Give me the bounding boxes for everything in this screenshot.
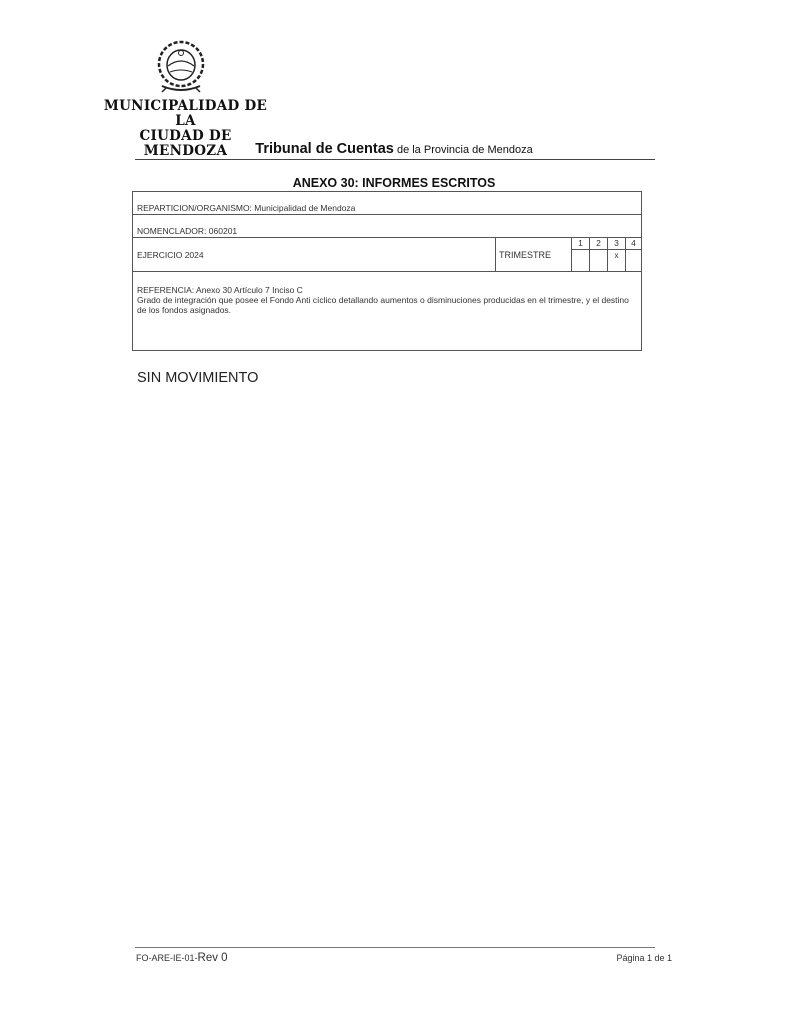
referencia-description: Grado de integración que posee el Fondo … xyxy=(137,295,637,315)
form-code-prefix: FO-ARE-IE-01- xyxy=(136,953,198,963)
page-number: Página 1 de 1 xyxy=(560,953,672,963)
nomenclador-row: NOMENCLADOR: 060201 xyxy=(133,215,641,238)
quarter-number: 4 xyxy=(626,238,641,250)
referencia-title: REFERENCIA: Anexo 30 Artículo 7 Inciso C xyxy=(137,285,637,295)
quarter-number: 1 xyxy=(572,238,589,250)
referencia-block: REFERENCIA: Anexo 30 Artículo 7 Inciso C… xyxy=(137,285,637,315)
tribunal-title: Tribunal de Cuentas xyxy=(255,141,394,157)
form-table: REPARTICION/ORGANISMO: Municipalidad de … xyxy=(132,191,642,351)
reparticion-field: REPARTICION/ORGANISMO: Municipalidad de … xyxy=(137,203,355,213)
quarter-number: 2 xyxy=(590,238,607,250)
footer-divider xyxy=(135,947,655,948)
quarter-mark: x xyxy=(608,251,625,260)
status-text: SIN MOVIMIENTO xyxy=(137,370,258,386)
trimestre-label: TRIMESTRE xyxy=(499,250,551,260)
annex-title: ANEXO 30: INFORMES ESCRITOS xyxy=(133,176,655,190)
quarter-number: 3 xyxy=(608,238,625,250)
nomenclador-field: NOMENCLADOR: 060201 xyxy=(137,226,237,236)
tribunal-subtitle: de la Provincia de Mendoza xyxy=(394,144,533,156)
municipality-line1: MUNICIPALIDAD DE LA xyxy=(98,99,273,129)
ejercicio-row: EJERCICIO 2024 TRIMESTRE 1 2 3 x 4 xyxy=(133,238,641,272)
quarter-3-box: 3 x xyxy=(607,238,625,272)
quarter-4-box: 4 xyxy=(625,238,641,272)
document-header: Tribunal de Cuentas de la Provincia de M… xyxy=(133,141,655,157)
ejercicio-field: EJERCICIO 2024 xyxy=(137,250,204,260)
quarter-2-box: 2 xyxy=(589,238,607,272)
coat-of-arms-icon xyxy=(150,36,212,98)
trimestre-cell: TRIMESTRE xyxy=(495,238,571,272)
header-divider xyxy=(135,159,655,160)
quarter-1-box: 1 xyxy=(571,238,589,272)
form-code: FO-ARE-IE-01-Rev 0 xyxy=(136,952,228,964)
reparticion-row: REPARTICION/ORGANISMO: Municipalidad de … xyxy=(133,192,641,215)
form-revision: Rev 0 xyxy=(198,952,228,964)
